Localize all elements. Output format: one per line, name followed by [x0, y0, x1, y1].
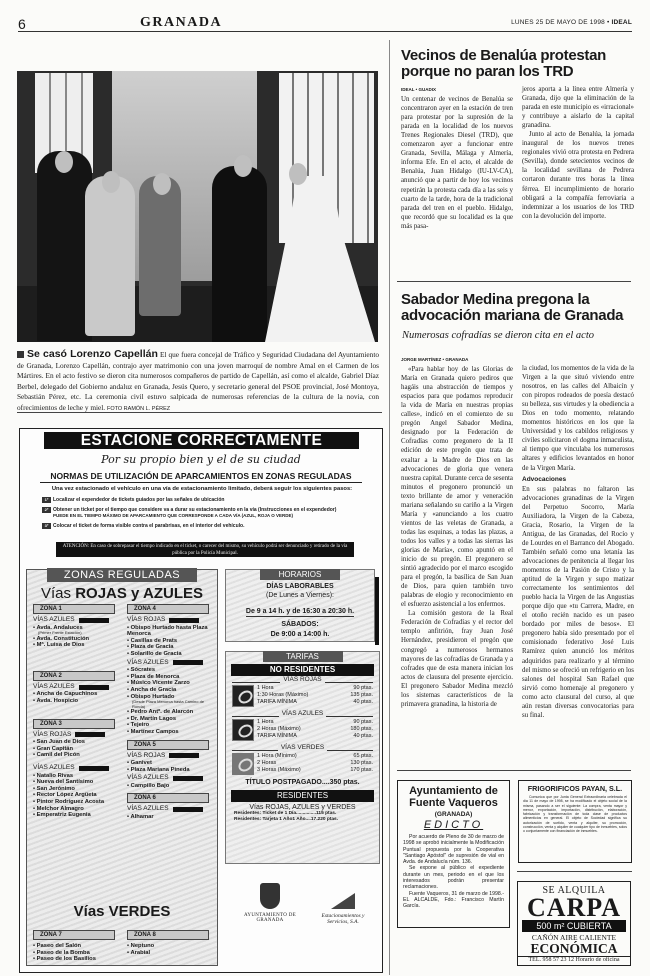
- wedding-photo: [17, 71, 378, 342]
- atencion-notice: ATENCIÓN: En caso de sobrepasar el tiemp…: [56, 542, 354, 557]
- edicto-notice: Ayuntamiento de Fuente Vaqueros (GRANADA…: [397, 780, 510, 928]
- normas-intro: Una vez estacionado el vehículo en una v…: [24, 486, 380, 492]
- tarifas-title: TARIFAS: [263, 651, 343, 662]
- parking-hand-icon: [232, 753, 254, 775]
- issue-date: LUNES 25 DE MAYO DE 1998 • IDEAL: [511, 19, 632, 26]
- zones-right-column: ZONA 4 VÍAS ROJAS Obispo Hurtado hasta P…: [127, 600, 215, 821]
- ad-slogan: Por su propio bien y el de su ciudad: [20, 453, 382, 466]
- article2-subtitle: Numerosas cofradías se dieron cita en el…: [402, 330, 642, 341]
- step-item: 1ºLocalizar el expendedor de tickets gui…: [42, 497, 372, 504]
- caption-lead: Se casó Lorenzo Capellán: [27, 348, 158, 360]
- column-divider: [389, 40, 390, 975]
- frigorificos-notice: FRIGORIFICOS PAYAN, S.L. Comunica que po…: [518, 780, 632, 863]
- horarios-panel: HORARIOS DÍAS LABORABLES (De Lunes a Vie…: [225, 569, 375, 642]
- rate-block-verdes: 1 Hora (Mínimo)65 ptas. 2 Horas130 ptas.…: [232, 753, 373, 775]
- divider: [517, 871, 632, 872]
- divider: [17, 412, 382, 413]
- step-item: 3ºColocar el ticket de forma visible con…: [42, 523, 372, 530]
- step-item: 2ºObtener un ticket por el tiempo que co…: [42, 507, 372, 520]
- residentes-header: RESIDENTES: [231, 790, 374, 802]
- ad-title: ESTACIONE CORRECTAMENTE: [44, 432, 359, 449]
- edicto-heading: EDICTO: [403, 819, 504, 831]
- rate-block-azules: 1 Hora90 ptas. 2 Horas (Máximo)180 ptas.…: [232, 719, 373, 741]
- article1-headline: Vecinos de Benalúa protestan porque no p…: [401, 48, 631, 80]
- article1-body: IDEAL • GUADIXUn centenar de vecinos de …: [401, 85, 634, 231]
- subhead: Advocaciones: [522, 475, 634, 484]
- normas-title: NORMAS DE UTILIZACIÓN DE APARCAMIENTOS E…: [40, 471, 362, 483]
- horarios-title: HORARIOS: [260, 569, 340, 580]
- parking-hand-icon: [232, 719, 254, 741]
- article2-byline: JORGE MARTÍNEZ • GRANADA: [401, 355, 513, 364]
- article2-headline: Sabador Medina pregona la advocación mar…: [401, 292, 641, 324]
- section-title: GRANADA: [140, 15, 222, 31]
- photo-caption: Se casó Lorenzo Capellán El que fuera co…: [17, 349, 379, 415]
- bullet-square-icon: [17, 351, 24, 358]
- sponsor-logos: AYUNTAMIENTO DE GRANADA Estacionamientos…: [225, 869, 380, 969]
- ess-logo: Estacionamientos y Servicios, S.A.: [313, 893, 373, 925]
- steps-list: 1ºLocalizar el expendedor de tickets gui…: [42, 497, 372, 532]
- article2-body: JORGE MARTÍNEZ • GRANADA«Para hablar hoy…: [401, 355, 634, 720]
- tarifas-panel: TARIFAS NO RESIDENTES VÍAS ROJAS 1 Hora9…: [225, 651, 380, 864]
- postpagado-rate: TÍTULO POSTPAGADO....350 ptas.: [226, 779, 379, 786]
- divider: [397, 281, 631, 282]
- zones-left-column: ZONA 1 VÍAS AZULES Avda. Andaluces (Prim…: [33, 600, 121, 819]
- vias-verdes-title: Vías VERDES: [27, 903, 217, 920]
- page-number: 6: [18, 16, 26, 32]
- zonas-title: ZONAS REGULADAS: [47, 568, 197, 582]
- zone-7: ZONA 7 Paseo del Salón Paseo de la Bomba…: [33, 926, 121, 963]
- carpa-phone: TEL. 958 57 23 12 Horario de oficina: [518, 956, 630, 963]
- article1-byline: IDEAL • GUADIX: [401, 85, 513, 94]
- no-residentes-header: NO RESIDENTES: [231, 664, 374, 676]
- parking-hand-icon: [232, 685, 254, 707]
- newspaper-name: IDEAL: [612, 19, 633, 26]
- divider: [397, 770, 631, 771]
- carpa-ad: SE ALQUILA CARPA 500 m² CUBIERTA CAÑÓN A…: [517, 881, 631, 966]
- rate-block-rojas: 1 Hora90 ptas. 1:30 Horas (Máximo)135 pt…: [232, 685, 373, 707]
- parking-ad: ESTACIONE CORRECTAMENTE Por su propio bi…: [19, 428, 383, 973]
- zonas-reguladas-panel: ZONAS REGULADAS Vías ROJAS y AZULES ZONA…: [26, 569, 218, 966]
- coat-of-arms-icon: [260, 883, 280, 909]
- ayuntamiento-logo: AYUNTAMIENTO DE GRANADA: [240, 883, 300, 923]
- zone-8: ZONA 8 Neptuno Arabial: [127, 926, 215, 956]
- ess-mark-icon: [331, 893, 355, 909]
- page-header: 6 GRANADA LUNES 25 DE MAYO DE 1998 • IDE…: [18, 20, 632, 32]
